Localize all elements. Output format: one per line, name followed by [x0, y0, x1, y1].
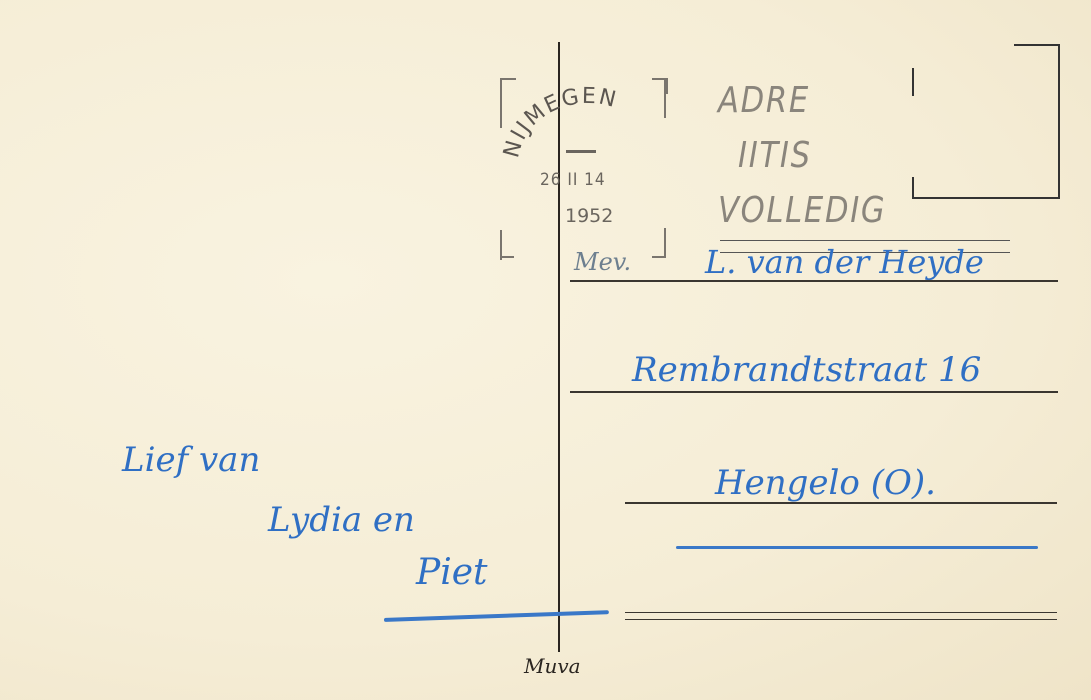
address-rule-4a: [625, 612, 1057, 613]
postmark-city: NIJMEGEN: [506, 95, 666, 175]
svg-text:NIJMEGEN: NIJMEGEN: [499, 84, 620, 161]
postcard-back: NIJMEGEN 26 II 14 1952 ADRE IITIS VOLLED…: [0, 0, 1091, 700]
slogan-line-3: VOLLEDIG: [718, 190, 886, 231]
address-rule-top: [720, 240, 1010, 241]
stamp-placement-box: [912, 44, 1060, 199]
signature-underline: [384, 610, 609, 622]
address-title: Mev.: [574, 248, 631, 276]
slogan-line-2: IITIS: [738, 135, 812, 176]
message-line-1: Lief van: [122, 440, 260, 480]
address-rule-2: [570, 391, 1058, 393]
slogan-line-1: ADRE: [718, 80, 810, 121]
address-name: L. van der Heyde: [705, 243, 984, 281]
message-line-2: Lydia en: [268, 500, 415, 540]
postmark-date: 26 II 14: [540, 170, 606, 190]
message-signature: Piet: [416, 552, 488, 593]
address-underline: [676, 546, 1038, 549]
publisher-mark: Muva: [524, 654, 581, 678]
postmark-year: 1952: [565, 205, 613, 227]
address-rule-4b: [625, 619, 1057, 620]
address-street: Rembrandtstraat 16: [632, 350, 981, 390]
address-city: Hengelo (O).: [715, 463, 936, 503]
